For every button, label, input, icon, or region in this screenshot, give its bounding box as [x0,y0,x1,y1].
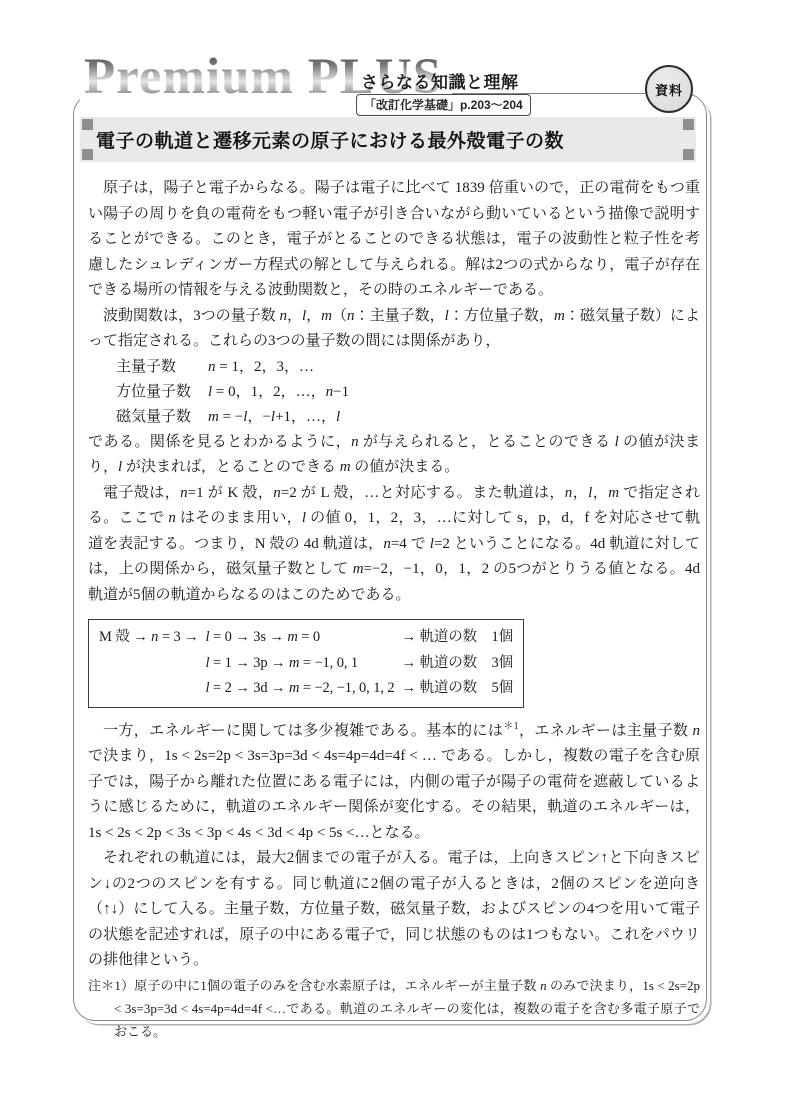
energy-text-after-sup: ，エネルギーは主量子数 n で決まり，1s < 2s=2p < 3s=3p=3d… [88,723,700,841]
quantum-number-definitions: 主量子数 n = 1，2，3，… 方位量子数 l = 0，1，2，…，n−1 磁… [116,355,700,430]
definition-row: 磁気量子数 m = −l，−l+1，…，l [116,405,700,430]
definition-row: 方位量子数 l = 0，1，2，…，n−1 [116,380,700,405]
orbital-grid: M 殻 → n = 3 → l = 0 → 3s → m = 0 → 軌道の数 … [99,625,513,702]
definition-row: 主量子数 n = 1，2，3，… [116,355,700,380]
definition-label: 磁気量子数 [116,405,208,430]
paragraph-electron-shells: 電子殻は，n=1 が K 殻，n=2 が L 殻，…と対応する。また軌道は，n，… [88,481,700,609]
orbital-chain: l = 1 → 3p → m = −1, 0, 1 [206,651,395,677]
paragraph-atom-structure: 原子は，陽子と電子からなる。陽子は電子に比べて 1839 倍重いので，正の電荷を… [88,176,700,304]
paragraph-orbital-energy: 一方，エネルギーに関しては多少複雑である。基本的には＊1，エネルギーは主量子数 … [88,719,700,847]
document-page: Premium PLUS さらなる知識と理解 「改訂化学基礎」p.203～204… [0,0,790,1116]
definition-label: 主量子数 [116,355,208,380]
footnote-marker: ＊1 [503,721,518,732]
orbital-chain: l = 0 → 3s → m = 0 [206,625,395,651]
paragraph-pauli-exclusion: それぞれの軌道には，最大2個までの電子が入る。電子は，上向きスピン↑と下向きスピ… [88,846,700,974]
orbital-result: → 軌道の数 1個 [402,625,513,651]
corner-square-icon [683,149,694,160]
definition-label: 方位量子数 [116,380,208,405]
footnote-label: 注＊1） [88,978,134,993]
textbook-reference-label: 「改訂化学基礎」p.203～204 [356,94,531,116]
orbital-result: → 軌道の数 3個 [402,651,513,677]
header-tagline: さらなる知識と理解 [361,68,519,93]
orbital-lead [99,676,199,702]
body-text: 原子は，陽子と電子からなる。陽子は電子に比べて 1839 倍重いので，正の電荷を… [88,176,700,1043]
shiryou-badge: 資料 [645,65,693,113]
corner-square-icon [82,149,93,160]
definition-value: m = −l，−l+1，…，l [208,405,700,430]
orbital-lead: M 殻 → n = 3 → [99,625,199,651]
section-title: 電子の軌道と遷移元素の原子における最外殻電子の数 [96,117,564,162]
energy-text-before-sup: 一方，エネルギーに関しては多少複雑である。基本的には [103,723,503,739]
footnote-text: 原子の中に1個の電子のみを含む水素原子は，エネルギーが主量子数 n のみで決まり… [114,978,700,1039]
section-title-bar: 電子の軌道と遷移元素の原子における最外殻電子の数 [80,117,696,162]
orbital-result: → 軌道の数 5個 [402,676,513,702]
definition-value: l = 0，1，2，…，n−1 [208,380,700,405]
orbital-lead [99,651,199,677]
corner-square-icon [683,119,694,130]
footnote: 注＊1）原子の中に1個の電子のみを含む水素原子は，エネルギーが主量子数 n のみ… [88,974,700,1043]
orbital-count-box: M 殻 → n = 3 → l = 0 → 3s → m = 0 → 軌道の数 … [88,619,524,708]
orbital-chain: l = 2 → 3d → m = −2, −1, 0, 1, 2 [206,676,395,702]
definition-value: n = 1，2，3，… [208,355,700,380]
paragraph-quantum-relation: である。関係を見るとわかるように，n が与えられると，とることのできる l の値… [88,430,700,481]
corner-square-icon [82,119,93,130]
paragraph-wavefunction-intro: 波動関数は，3つの量子数 n，l，m（n：主量子数，l：方位量子数，m：磁気量子… [88,304,700,355]
